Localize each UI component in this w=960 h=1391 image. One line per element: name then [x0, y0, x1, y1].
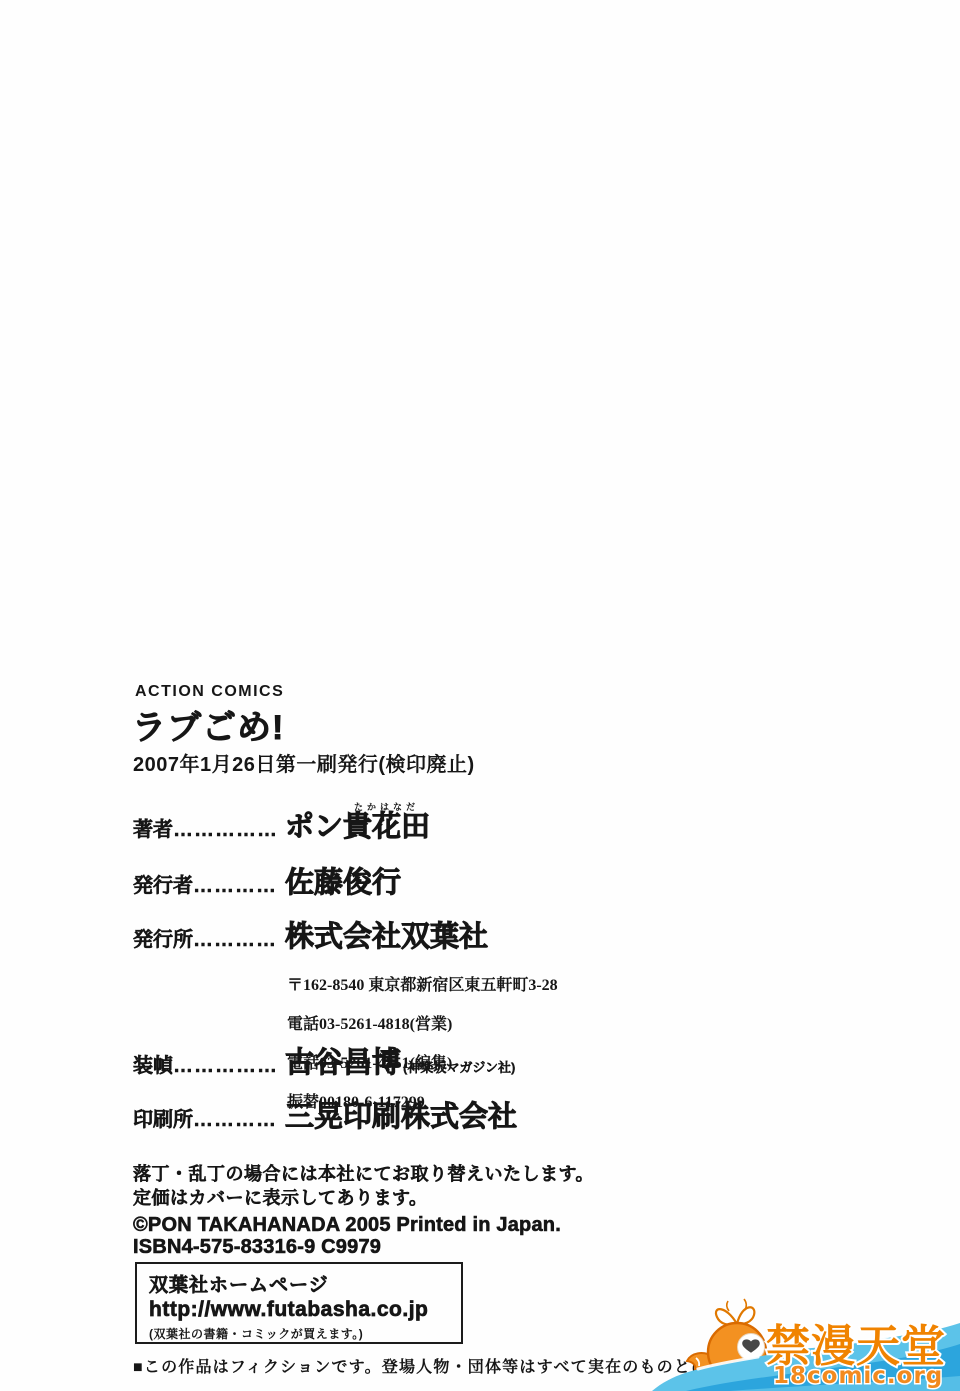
publisher-address: 〒162-8540 東京都新宿区東五軒町3-28	[287, 976, 558, 996]
design-row: 装幀…………… 古谷昌博 (神楽坂マガジン社)	[133, 1049, 515, 1078]
isbn-line: ISBN4-575-83316-9 C9979	[133, 1236, 561, 1258]
printing-info: 2007年1月26日第一刷発行(検印廃止)	[133, 748, 475, 777]
dot-leader: ……………	[173, 819, 278, 841]
price-notice: 定価はカバーに表示してあります。	[133, 1187, 594, 1211]
printer-row: 印刷所………… 三晃印刷株式会社	[133, 1103, 517, 1132]
homepage-url: http://www.futabasha.co.jp	[149, 1298, 461, 1322]
notices-block: 落丁・乱丁の場合には本社にてお取り替えいたします。 定価はカバーに表示してありま…	[133, 1163, 594, 1210]
publisher-phone-sales: 電話03-5261-4818(営業)	[287, 1015, 558, 1035]
printer-label-group: 印刷所…………	[133, 1103, 285, 1132]
dot-leader: …………	[193, 1109, 277, 1131]
publisher-row: 発行者………… 佐藤俊行	[133, 869, 401, 898]
publisher-label: 発行者	[133, 875, 193, 897]
copyright-line: ©PON TAKAHANADA 2005 Printed in Japan.	[133, 1214, 561, 1236]
author-row: 著者…………… たかはなだポン貴花田	[133, 813, 430, 842]
publisher-name: 佐藤俊行	[285, 869, 401, 898]
dot-leader: …………	[193, 929, 277, 951]
homepage-box-title: 双葉社ホームページ	[149, 1270, 461, 1297]
author-furigana: たかはなだ	[343, 803, 430, 812]
homepage-box: 双葉社ホームページ http://www.futabasha.co.jp (双葉…	[135, 1262, 463, 1344]
dot-leader: …………	[193, 875, 277, 897]
design-label: 装幀	[133, 1055, 173, 1077]
colophon-page: ACTION COMICS ラブごめ! 2007年1月26日第一刷発行(検印廃止…	[0, 0, 960, 1391]
printer-name: 三晃印刷株式会社	[285, 1103, 517, 1132]
watermark-site-domain: 18comic.org	[773, 1363, 943, 1389]
homepage-note: (双葉社の書籍・コミックが買えます。)	[149, 1325, 461, 1342]
book-title: ラブごめ!	[132, 700, 284, 749]
design-note: (神楽坂マガジン社)	[403, 1057, 515, 1076]
author-name: たかはなだポン貴花田	[285, 813, 430, 842]
publishing-house-row: 発行所………… 株式会社双葉社	[133, 923, 488, 952]
printer-label: 印刷所	[133, 1109, 193, 1131]
publishing-house-label: 発行所	[133, 929, 193, 951]
watermark: 禁漫天堂 18comic.org	[640, 1271, 960, 1391]
design-label-group: 装幀……………	[133, 1049, 285, 1078]
design-name: 古谷昌博	[285, 1049, 401, 1078]
publishing-house-label-group: 発行所…………	[133, 923, 285, 952]
copyright-block: ©PON TAKAHANADA 2005 Printed in Japan. I…	[133, 1214, 561, 1258]
defect-notice: 落丁・乱丁の場合には本社にてお取り替えいたします。	[133, 1163, 594, 1187]
author-label: 著者	[133, 819, 173, 841]
author-label-group: 著者……………	[133, 813, 285, 842]
publishing-house-name: 株式会社双葉社	[285, 923, 488, 952]
series-label: ACTION COMICS	[135, 683, 284, 701]
publisher-label-group: 発行者…………	[133, 869, 285, 898]
dot-leader: ……………	[173, 1055, 278, 1077]
